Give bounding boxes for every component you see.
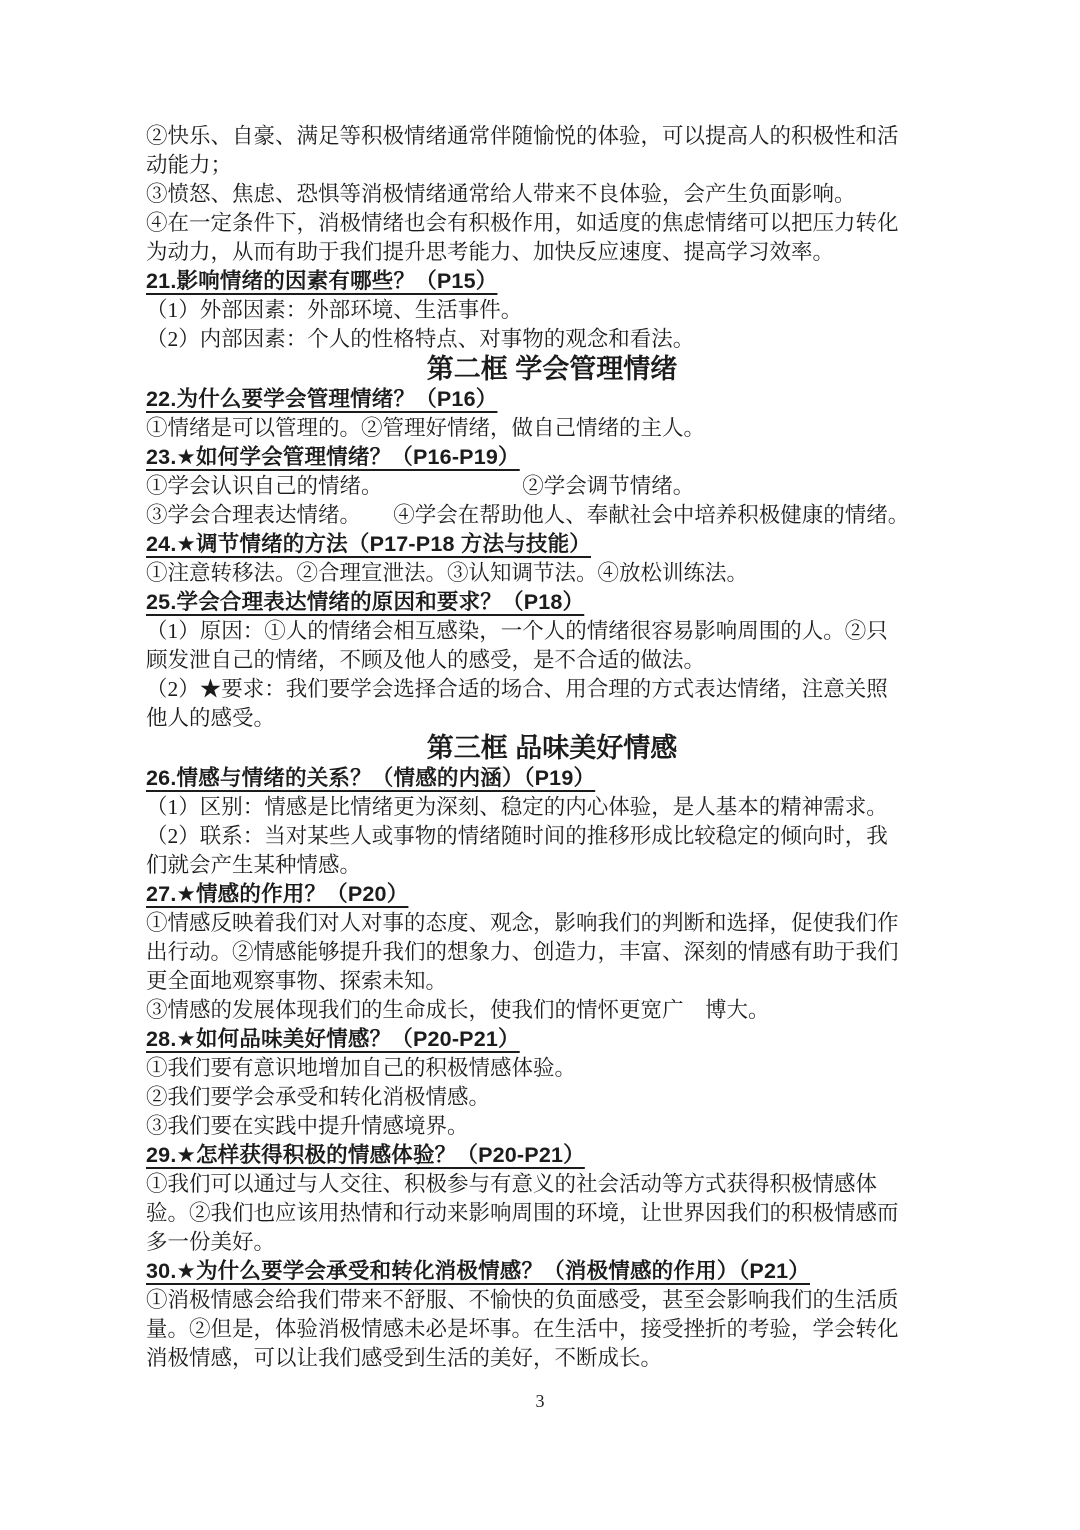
paragraph: ③学会合理表达情绪。 ④学会在帮助他人、奉献社会中培养积极健康的情绪。 <box>146 501 958 530</box>
document-page: ②快乐、自豪、满足等积极情绪通常伴随愉悦的体验，可以提高人的积极性和活 动能力；… <box>146 122 958 1373</box>
paragraph: （1）原因：①人的情绪会相互感染，一个人的情绪很容易影响周围的人。②只 顾发泄自… <box>146 617 958 675</box>
paragraph: ①消极情感会给我们带来不舒服、不愉快的负面感受，甚至会影响我们的生活质 量。②但… <box>146 1286 958 1373</box>
paragraph: （2）内部因素：个人的性格特点、对事物的观念和看法。 <box>146 325 958 354</box>
question-heading: 29.★怎样获得积极的情感体验？（P20-P21） <box>146 1141 958 1170</box>
question-heading: 21.影响情绪的因素有哪些？（P15） <box>146 267 958 296</box>
question-heading: 24.★调节情绪的方法（P17-P18 方法与技能） <box>146 530 958 559</box>
question-heading: 25.学会合理表达情绪的原因和要求？（P18） <box>146 588 958 617</box>
section-header: 第二框 学会管理情绪 <box>146 354 958 385</box>
question-heading: 27.★情感的作用？（P20） <box>146 880 958 909</box>
question-heading: 26.情感与情绪的关系？（情感的内涵）（P19） <box>146 764 958 793</box>
paragraph: （2）★要求：我们要学会选择合适的场合、用合理的方式表达情绪，注意关照 他人的感… <box>146 675 958 733</box>
page-number: 3 <box>0 1390 1080 1412</box>
paragraph: ①学会认识自己的情绪。 ②学会调节情绪。 <box>146 472 958 501</box>
paragraph: ④在一定条件下，消极情绪也会有积极作用，如适度的焦虑情绪可以把压力转化 为动力，… <box>146 209 958 267</box>
question-heading: 23.★如何学会管理情绪？（P16-P19） <box>146 443 958 472</box>
paragraph: （1）区别：情感是比情绪更为深刻、稳定的内心体验，是人基本的精神需求。 <box>146 793 958 822</box>
paragraph: ②我们要学会承受和转化消极情感。 <box>146 1083 958 1112</box>
question-heading: 22.为什么要学会管理情绪？（P16） <box>146 385 958 414</box>
question-heading: 30.★为什么要学会承受和转化消极情感？（消极情感的作用）（P21） <box>146 1257 958 1286</box>
paragraph: ①我们可以通过与人交往、积极参与有意义的社会活动等方式获得积极情感体 验。②我们… <box>146 1170 958 1257</box>
paragraph: ③情感的发展体现我们的生命成长，使我们的情怀更宽广 博大。 <box>146 996 958 1025</box>
paragraph: ①情绪是可以管理的。②管理好情绪，做自己情绪的主人。 <box>146 414 958 443</box>
paragraph: ①我们要有意识地增加自己的积极情感体验。 <box>146 1054 958 1083</box>
paragraph: ②快乐、自豪、满足等积极情绪通常伴随愉悦的体验，可以提高人的积极性和活 动能力； <box>146 122 958 180</box>
paragraph: ①注意转移法。②合理宣泄法。③认知调节法。④放松训练法。 <box>146 559 958 588</box>
paragraph: ③我们要在实践中提升情感境界。 <box>146 1112 958 1141</box>
paragraph: （2）联系：当对某些人或事物的情绪随时间的推移形成比较稳定的倾向时，我 们就会产… <box>146 822 958 880</box>
paragraph: （1）外部因素：外部环境、生活事件。 <box>146 296 958 325</box>
paragraph: ③愤怒、焦虑、恐惧等消极情绪通常给人带来不良体验，会产生负面影响。 <box>146 180 958 209</box>
question-heading: 28.★如何品味美好情感？（P20-P21） <box>146 1025 958 1054</box>
paragraph: ①情感反映着我们对人对事的态度、观念，影响我们的判断和选择，促使我们作 出行动。… <box>146 909 958 996</box>
section-header: 第三框 品味美好情感 <box>146 733 958 764</box>
